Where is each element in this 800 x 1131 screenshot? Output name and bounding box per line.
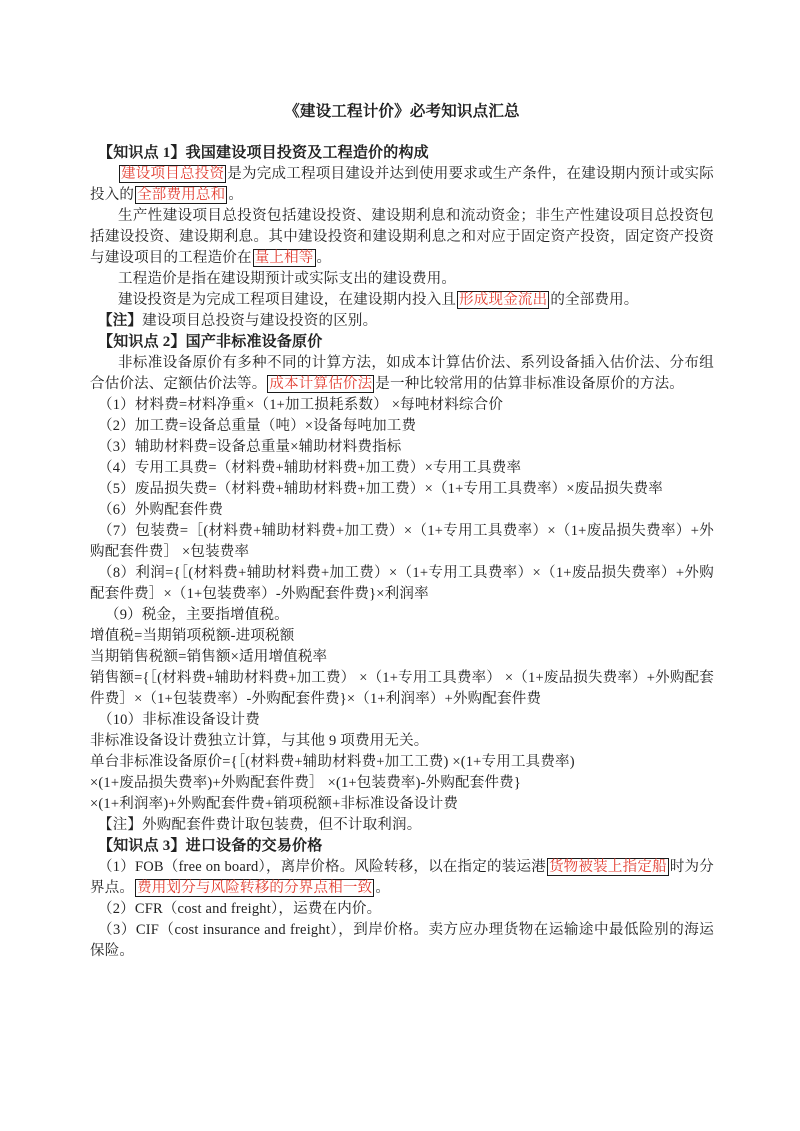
paragraph: （4）专用工具费=（材料费+辅助材料费+加工费）×专用工具费率 [90, 458, 714, 479]
text-run: （3）CIF（cost insurance and freight），到岸价格。… [90, 922, 714, 959]
section-heading: 【知识点 2】国产非标准设备原价 [90, 332, 714, 353]
paragraph: （9）税金，主要指增值税。 [90, 605, 714, 626]
text-run: 【知识点 1】我国建设项目投资及工程造价的构成 [98, 145, 429, 161]
text-run: （2）加工费=设备总重量（吨）×设备每吨加工费 [98, 418, 416, 434]
text-run: 【知识点 3】进口设备的交易价格 [98, 838, 322, 854]
text-run: 增值税=当期销项税额-进项税额 [90, 628, 295, 644]
paragraph: 销售额={［(材料费+辅助材料费+加工费） ×（1+专用工具费率） ×（1+废品… [90, 668, 714, 710]
paragraph: （3）辅助材料费=设备总重量×辅助材料费指标 [90, 437, 714, 458]
text-run: 【知识点 2】国产非标准设备原价 [98, 334, 322, 350]
text-run: 建设项目总投资与建设投资的区别。 [142, 313, 377, 329]
text-run: （9）税金，主要指增值税。 [105, 607, 289, 623]
text-run: （8）利润={［(材料费+辅助材料费+加工费）×（1+专用工具费率）×（1+废品… [90, 565, 714, 602]
text-run: 的全部费用。 [550, 292, 638, 308]
paragraph: （6）外购配套件费 [90, 500, 714, 521]
paragraph: 增值税=当期销项税额-进项税额 [90, 626, 714, 647]
paragraph: （3）CIF（cost insurance and freight），到岸价格。… [90, 920, 714, 962]
text-run: 工程造价是指在建设期预计或实际支出的建设费用。 [118, 271, 456, 287]
text-run: 【注】外购配套件费计取包装费，但不计取利润。 [98, 817, 421, 833]
text-run: （6）外购配套件费 [98, 502, 223, 518]
text-run: 当期销售税额=销售额×适用增值税率 [90, 649, 327, 665]
paragraph: （1）FOB（free on board），离岸价格。风险转移，以在指定的装运港… [90, 857, 714, 899]
paragraph: 当期销售税额=销售额×适用增值税率 [90, 647, 714, 668]
paragraph: 建设项目总投资是为完成工程项目建设并达到使用要求或生产条件，在建设期内预计或实际… [90, 164, 714, 206]
paragraph: （1）材料费=材料净重×（1+加工损耗系数） ×每吨材料综合价 [90, 395, 714, 416]
section-heading: 【知识点 3】进口设备的交易价格 [90, 836, 714, 857]
text-run: 建设投资是为完成工程项目建设，在建设期内投入且 [118, 292, 456, 308]
text-run: 单台非标准设备原价={［(材料费+辅助材料费+加工工费) ×(1+专用工具费率)… [90, 754, 575, 812]
text-run: 。 [317, 250, 332, 266]
text-run: （2）CFR（cost and freight），运费在内价。 [98, 901, 381, 917]
highlight-box: 货物被装上指定船 [547, 858, 669, 876]
highlight-box: 形成现金流出 [457, 291, 549, 309]
text-run: （3）辅助材料费=设备总重量×辅助材料费指标 [98, 439, 402, 455]
paragraph: 【注】建设项目总投资与建设投资的区别。 [90, 311, 714, 332]
section-heading: 【知识点 1】我国建设项目投资及工程造价的构成 [90, 143, 714, 164]
text-run: 【注】 [98, 313, 142, 329]
paragraph: 生产性建设项目总投资包括建设投资、建设期利息和流动资金；非生产性建设项目总投资包… [90, 206, 714, 269]
text-run: （4）专用工具费=（材料费+辅助材料费+加工费）×专用工具费率 [98, 460, 521, 476]
text-run: （1）FOB（free on board），离岸价格。风险转移，以在指定的装运港 [98, 859, 546, 875]
text-run: 。 [228, 187, 243, 203]
text-run: 销售额={［(材料费+辅助材料费+加工费） ×（1+专用工具费率） ×（1+废品… [90, 670, 714, 707]
paragraph: （2）加工费=设备总重量（吨）×设备每吨加工费 [90, 416, 714, 437]
document-page: 《建设工程计价》必考知识点汇总 【知识点 1】我国建设项目投资及工程造价的构成建… [0, 0, 800, 1131]
text-run: 非标准设备设计费独立计算，与其他 9 项费用无关。 [90, 733, 429, 749]
text-run: （5）废品损失费=（材料费+辅助材料费+加工费）×（1+专用工具费率）×废品损失… [98, 481, 663, 497]
text-run: （1）材料费=材料净重×（1+加工损耗系数） ×每吨材料综合价 [98, 397, 503, 413]
text-run: 生产性建设项目总投资包括建设投资、建设期利息和流动资金；非生产性建设项目总投资包… [90, 208, 714, 266]
highlight-box: 全部费用总和 [135, 186, 227, 204]
highlight-box: 成本计算估价法 [267, 375, 374, 393]
paragraph: （8）利润={［(材料费+辅助材料费+加工费）×（1+专用工具费率）×（1+废品… [90, 563, 714, 605]
text-run: 是一种比较常用的估算非标准设备原价的方法。 [375, 376, 684, 392]
paragraph: 【注】外购配套件费计取包装费，但不计取利润。 [90, 815, 714, 836]
paragraph: 非标准设备设计费独立计算，与其他 9 项费用无关。 [90, 731, 714, 752]
paragraph: （10）非标准设备设计费 [90, 710, 714, 731]
text-run: （7）包装费=［(材料费+辅助材料费+加工费）×（1+专用工具费率）×（1+废品… [90, 523, 714, 560]
document-body: 《建设工程计价》必考知识点汇总 【知识点 1】我国建设项目投资及工程造价的构成建… [90, 101, 714, 962]
paragraph: 建设投资是为完成工程项目建设，在建设期内投入且形成现金流出的全部费用。 [90, 290, 714, 311]
paragraph: （7）包装费=［(材料费+辅助材料费+加工费）×（1+专用工具费率）×（1+废品… [90, 521, 714, 563]
highlight-box: 建设项目总投资 [119, 165, 226, 183]
paragraph: （2）CFR（cost and freight），运费在内价。 [90, 899, 714, 920]
text-run: （10）非标准设备设计费 [98, 712, 260, 728]
paragraph: 单台非标准设备原价={［(材料费+辅助材料费+加工工费) ×(1+专用工具费率)… [90, 752, 714, 815]
paragraph: 非标准设备原价有多种不同的计算方法，如成本计算估价法、系列设备插入估价法、分布组… [90, 353, 714, 395]
page-title: 《建设工程计价》必考知识点汇总 [90, 101, 714, 122]
highlight-box: 量上相等 [253, 249, 316, 267]
text-run: 。 [375, 880, 390, 896]
paragraph: （5）废品损失费=（材料费+辅助材料费+加工费）×（1+专用工具费率）×废品损失… [90, 479, 714, 500]
highlight-box: 费用划分与风险转移的分界点相一致 [135, 879, 374, 897]
paragraph: 工程造价是指在建设期预计或实际支出的建设费用。 [90, 269, 714, 290]
